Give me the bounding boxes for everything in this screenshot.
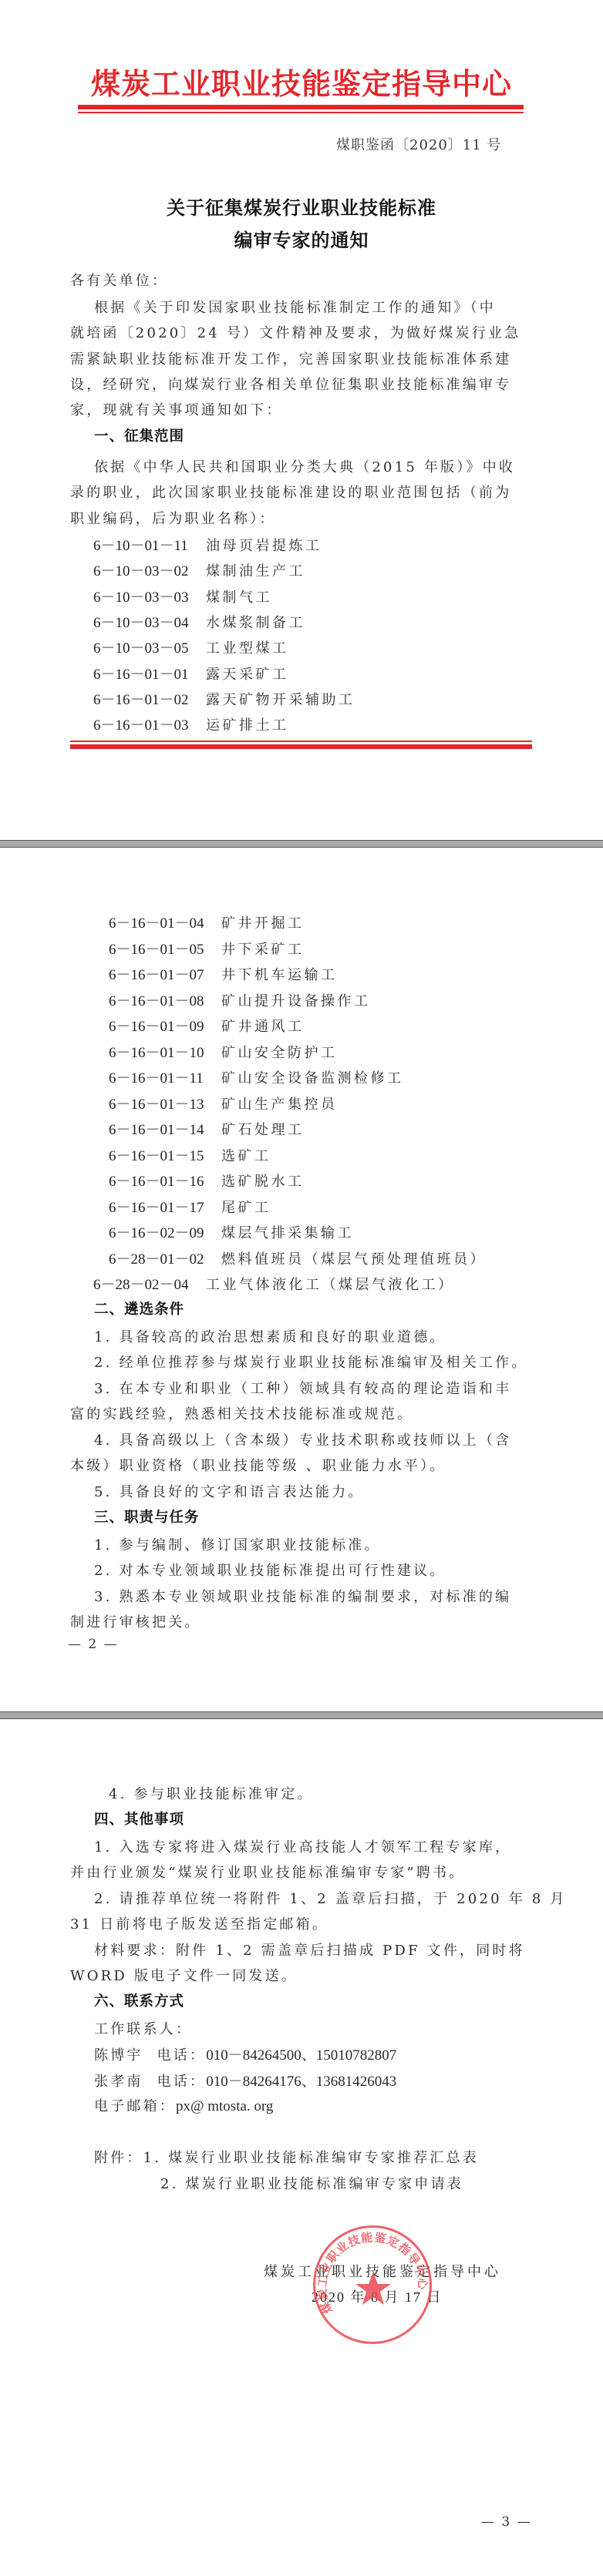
other-line: 2. 请推荐单位统一将附件 1、2 盖章后扫描，于 2020 年 8 月 (94, 1888, 567, 1908)
occupation-code: 6－10－01－11 (93, 534, 206, 555)
occupation-code: 6－10－03－04 (93, 611, 206, 632)
occupation-item: 6－16－01－17尾矿工 (109, 1196, 271, 1217)
occupation-item: 6－28－01－02燃料值班员（煤层气预处理值班员） (109, 1248, 487, 1268)
intro-line: 根据《关于印发国家职业技能标准制定工作的通知》（中 (94, 297, 496, 317)
occupation-name: 选矿工 (221, 1148, 271, 1164)
section-heading-1: 一、征集范围 (94, 425, 184, 445)
scope-intro-line: 依据《中华人民共和国职业分类大典（2015 年版）》中收 (94, 456, 515, 476)
occupation-name: 矿石处理工 (221, 1122, 305, 1138)
email-row: 电子邮箱：px@ mtosta. org (94, 2095, 273, 2115)
intro-line: 就培函〔2020〕24 号）文件精神及要求，为做好煤炭行业急 (70, 322, 520, 342)
duty-line: 1. 参与编制、修订国家职业技能标准。 (94, 1534, 381, 1554)
occupation-item: 6－16－01－07井下机车运输工 (109, 963, 338, 984)
criteria-line: 5. 具备良好的文字和语言表达能力。 (94, 1481, 365, 1501)
occupation-code: 6－16－01－02 (93, 688, 206, 709)
duty-line: 2. 对本专业领域职业技能标准提出可行性建议。 (94, 1560, 446, 1580)
page-1: 煤炭工业职业技能鉴定指导中心 煤职鉴函〔2020〕11 号 关于征集煤炭行业职业… (0, 0, 603, 839)
page-separator (0, 840, 603, 848)
page-number: — 3 — (481, 2514, 532, 2530)
occupation-name: 煤制油生产工 (206, 563, 305, 579)
criteria-line: 1. 具备较高的政治思想素质和良好的职业道德。 (94, 1326, 446, 1346)
document-number: 煤职鉴函〔2020〕11 号 (336, 134, 501, 154)
contact-phone: 010－84264176、13681426043 (206, 2074, 396, 2090)
section-heading-2: 二、遴选条件 (94, 1298, 184, 1318)
criteria-line: 4. 具备高级以上（含本级）专业技术职称或技师以上（含 (94, 1429, 511, 1449)
occupation-code: 6－10－03－02 (93, 559, 206, 580)
page-separator (0, 1711, 603, 1719)
page-3: 4. 参与职业技能标准审定。 四、其他事项 1. 入选专家将进入煤炭行业高技能人… (0, 1719, 603, 2576)
occupation-item: 6－16－01－15选矿工 (109, 1144, 271, 1165)
occupation-name: 矿山安全防护工 (221, 1045, 338, 1061)
intro-line: 家，现就有关事项通知如下： (70, 399, 283, 419)
occupation-name: 井下机车运输工 (221, 967, 338, 983)
occupation-item: 6－16－01－05井下采矿工 (109, 938, 305, 959)
occupation-name: 工业气体液化工（煤层气液化工） (206, 1277, 455, 1293)
occupation-item: 6－10－03－02煤制油生产工 (93, 559, 305, 580)
section-heading-4: 四、其他事项 (94, 1809, 184, 1829)
criteria-line: 本级）职业资格（职业技能等级 、职业能力水平）。 (70, 1455, 446, 1475)
page-number: — 2 — (68, 1637, 119, 1652)
occupation-name: 运矿排土工 (206, 717, 289, 734)
occupation-name: 工业型煤工 (206, 640, 289, 657)
occupation-name: 矿山生产集控员 (221, 1097, 338, 1113)
header-thick-rule (78, 105, 524, 109)
contact-name: 陈博宇 (94, 2047, 143, 2064)
occupation-item: 6－10－01－11油母页岩提炼工 (93, 534, 322, 555)
email-address: px@ mtosta. org (176, 2098, 273, 2114)
occupation-code: 6－16－01－08 (109, 989, 221, 1010)
occupation-item: 6－16－01－02露天矿物开采辅助工 (93, 688, 355, 709)
attachment-row: 附件：1. 煤炭行业职业技能标准编审专家推荐汇总表 (94, 2147, 479, 2167)
occupation-code: 6－16－01－11 (109, 1066, 221, 1087)
occupation-item: 6－16－01－09矿井通风工 (109, 1015, 305, 1036)
org-header-title: 煤炭工业职业技能鉴定指导中心 (0, 60, 603, 102)
attachment-item: 2. 煤炭行业职业技能标准编审专家申请表 (160, 2173, 463, 2193)
other-line: 材料要求：附件 1、2 需盖章后扫描成 PDF 文件，同时将 (94, 1940, 525, 1960)
occupation-name: 矿山安全设备监测检修工 (221, 1070, 404, 1086)
attachment-item: 1. 煤炭行业职业技能标准编审专家推荐汇总表 (143, 2150, 479, 2166)
occupation-code: 6－16－01－05 (109, 938, 221, 959)
occupation-code: 6－16－01－15 (109, 1144, 221, 1165)
criteria-line: 富的实践经验，熟悉相关技术技能标准或规范。 (70, 1403, 413, 1423)
contact-phone-label: 电话： (157, 2074, 207, 2090)
scope-intro-line: 录的职业，此次国家职业技能标准建设的职业范围包括（前为 (70, 482, 511, 502)
occupation-item: 6－16－01－11矿山安全设备监测检修工 (109, 1066, 404, 1087)
occupation-item: 6－16－02－09煤层气排采集输工 (109, 1221, 354, 1242)
criteria-line: 3. 在本专业和职业（工种）领域具有较高的理论造诣和丰 (94, 1378, 511, 1398)
occupation-item: 6－16－01－01露天采矿工 (93, 663, 289, 683)
contact-phone-label: 电话： (157, 2047, 207, 2064)
contact-name: 张孝南 (94, 2074, 143, 2090)
intro-line: 设，经研究，向煤炭行业各相关单位征集职业技能标准编审专 (70, 374, 511, 394)
notice-title-line1: 关于征集煤炭行业职业技能标准 (0, 193, 603, 220)
occupation-name: 油母页岩提炼工 (206, 538, 322, 554)
section-heading-6: 六、联系方式 (94, 1990, 184, 2010)
occupation-code: 6－10－03－05 (93, 636, 206, 657)
contact-label: 工作联系人： (94, 2018, 192, 2038)
occupation-item: 6－16－01－04矿井开掘工 (109, 912, 305, 932)
occupation-code: 6－28－01－02 (109, 1248, 221, 1268)
duty-line: 3. 熟悉本专业领域职业技能标准的编制要求，对标准的编 (94, 1586, 511, 1606)
occupation-item: 6－10－03－03煤制气工 (93, 586, 272, 606)
duty-line: 制进行审核把关。 (70, 1611, 201, 1631)
occupation-name: 尾矿工 (221, 1200, 271, 1216)
scope-intro-line: 职业编码，后为职业名称）： (70, 508, 276, 528)
occupation-item: 6－16－01－10矿山安全防护工 (109, 1041, 338, 1062)
occupation-item: 6－16－01－14矿石处理工 (109, 1118, 305, 1139)
occupation-name: 选矿脱水工 (221, 1174, 305, 1190)
occupation-name: 矿山提升设备操作工 (221, 993, 371, 1009)
footer-thin-rule (70, 741, 532, 742)
occupation-item: 6－10－03－04水煤浆制备工 (93, 611, 305, 632)
footer-thick-rule (70, 744, 532, 749)
occupation-code: 6－16－01－01 (93, 663, 206, 683)
occupation-item: 6－16－01－13矿山生产集控员 (109, 1093, 338, 1113)
occupation-code: 6－16－02－09 (109, 1221, 221, 1242)
criteria-line: 2. 经单位推荐参与煤炭行业职业技能标准编审及相关工作。 (94, 1352, 528, 1372)
header-thin-rule (78, 112, 524, 113)
occupation-code: 6－16－01－16 (109, 1170, 221, 1191)
occupation-name: 井下采矿工 (221, 942, 305, 958)
notice-title-line2: 编审专家的通知 (0, 225, 603, 252)
other-line: 31 日前将电子版发送至指定邮箱。 (70, 1913, 328, 1933)
occupation-name: 煤制气工 (206, 589, 272, 606)
attachment-label: 附件： (94, 2150, 143, 2166)
salutation: 各有关单位： (70, 270, 168, 290)
occupation-item: 6－28－02－04工业气体液化工（煤层气液化工） (93, 1273, 455, 1294)
occupation-item: 6－16－01－08矿山提升设备操作工 (109, 989, 371, 1010)
occupation-code: 6－16－01－17 (109, 1196, 221, 1217)
official-seal: 煤炭工业职业技能鉴定指导中心 (313, 2225, 432, 2344)
occupation-item: 6－10－03－05工业型煤工 (93, 636, 289, 657)
email-label: 电子邮箱： (94, 2098, 176, 2114)
other-line: 并由行业颁发“煤炭行业职业技能标准编审专家”聘书。 (70, 1862, 465, 1882)
occupation-name: 露天采矿工 (206, 667, 289, 683)
occupation-code: 6－16－01－07 (109, 963, 221, 984)
occupation-name: 煤层气排采集输工 (221, 1225, 354, 1241)
occupation-item: 6－16－01－03运矿排土工 (93, 714, 289, 734)
occupation-code: 6－10－03－03 (93, 586, 206, 606)
occupation-code: 6－16－01－09 (109, 1015, 221, 1036)
section-heading-3: 三、职责与任务 (94, 1506, 200, 1526)
occupation-code: 6－16－01－04 (109, 912, 221, 932)
page-2: 6－16－01－04矿井开掘工 6－16－01－05井下采矿工 6－16－01－… (0, 848, 603, 1711)
intro-line: 需紧缺职业技能标准开发工作，完善国家职业技能标准体系建 (70, 348, 511, 368)
other-line: WORD 版电子文件一同发送。 (70, 1965, 298, 1985)
contact-row: 张孝南电话：010－84264176、13681426043 (94, 2070, 396, 2091)
occupation-code: 6－16－01－10 (109, 1041, 221, 1062)
star-icon (354, 2270, 392, 2307)
duty-line: 4. 参与职业技能标准审定。 (109, 1783, 314, 1803)
contact-phone: 010－84264500、15010782807 (206, 2047, 396, 2064)
occupation-code: 6－16－01－13 (109, 1093, 221, 1113)
occupation-name: 燃料值班员（煤层气预处理值班员） (221, 1251, 487, 1268)
occupation-name: 矿井通风工 (221, 1019, 305, 1035)
occupation-name: 水煤浆制备工 (206, 615, 305, 631)
occupation-name: 矿井开掘工 (221, 915, 305, 932)
occupation-code: 6－16－01－03 (93, 714, 206, 734)
occupation-name: 露天矿物开采辅助工 (206, 692, 355, 708)
contact-row: 陈博宇电话：010－84264500、15010782807 (94, 2044, 396, 2064)
other-line: 1. 入选专家将进入煤炭行业高技能人才领军工程专家库， (94, 1836, 511, 1856)
occupation-item: 6－16－01－16选矿脱水工 (109, 1170, 305, 1191)
occupation-code: 6－16－01－14 (109, 1118, 221, 1139)
occupation-code: 6－28－02－04 (93, 1273, 206, 1294)
